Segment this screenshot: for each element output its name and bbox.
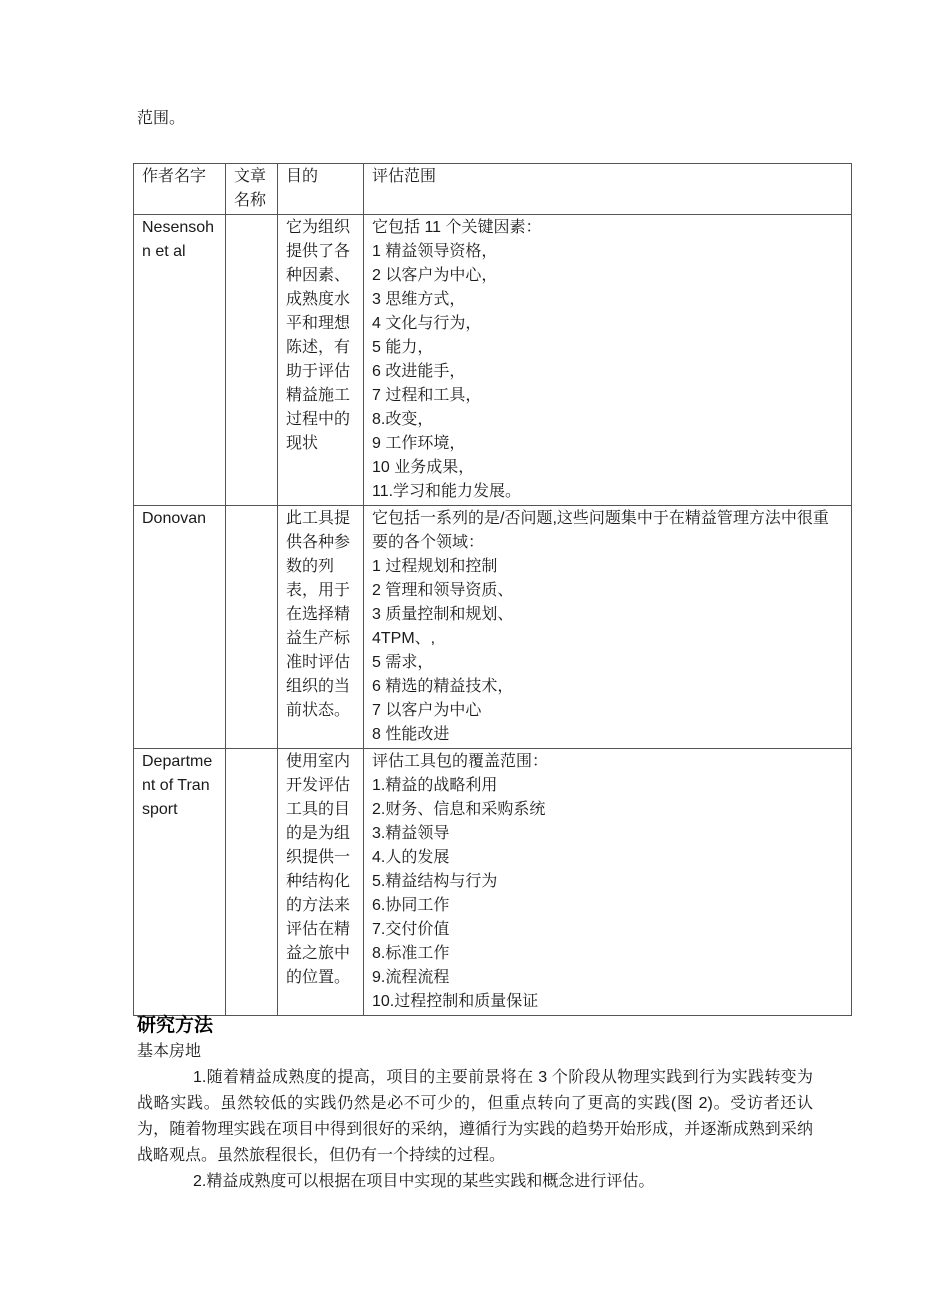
section-heading: 研究方法	[137, 1013, 813, 1039]
header-article-name: 文章名称	[226, 164, 278, 215]
scope-cell: 它包括 11 个关键因素： 1 精益领导资格， 2 以客户为中心， 3 思维方式…	[364, 215, 852, 506]
author-cell: Donovan	[134, 506, 226, 749]
article-name-cell	[226, 506, 278, 749]
purpose-cell: 它为组织提供了各种因素、成熟度水平和理想陈述，有助于评估精益施工过程中的现状	[278, 215, 364, 506]
table-row: Donovan 此工具提供各种参数的列表，用于在选择精益生产标准时评估组织的当前…	[134, 506, 852, 749]
scope-cell: 评估工具包的覆盖范围： 1.精益的战略利用 2.财务、信息和采购系统 3.精益领…	[364, 749, 852, 1016]
body-paragraph: 1.随着精益成熟度的提高，项目的主要前景将在 3 个阶段从物理实践到行为实践转变…	[137, 1065, 813, 1169]
assessment-tools-table: 作者名字 文章名称 目的 评估范围 Nesensohn et al 它为组织提供…	[133, 163, 852, 1016]
table-header-row: 作者名字 文章名称 目的 评估范围	[134, 164, 852, 215]
document-page: 范围。 作者名字 文章名称 目的 评估范围 Nesensohn et al 它为…	[0, 0, 926, 1309]
scope-cell: 它包括一系列的是/否问题,这些问题集中于在精益管理方法中很重要的各个领域： 1 …	[364, 506, 852, 749]
article-name-cell	[226, 749, 278, 1016]
purpose-cell: 使用室内开发评估工具的目的是为组织提供一种结构化的方法来评估在精益之旅中的位置。	[278, 749, 364, 1016]
header-assessment-scope: 评估范围	[364, 164, 852, 215]
purpose-cell: 此工具提供各种参数的列表，用于在选择精益生产标准时评估组织的当前状态。	[278, 506, 364, 749]
header-purpose: 目的	[278, 164, 364, 215]
table-row: Department of Transport 使用室内开发评估工具的目的是为组…	[134, 749, 852, 1016]
header-author-name: 作者名字	[134, 164, 226, 215]
body-paragraph: 2.精益成熟度可以根据在项目中实现的某些实践和概念进行评估。	[137, 1169, 813, 1195]
table-row: Nesensohn et al 它为组织提供了各种因素、成熟度水平和理想陈述，有…	[134, 215, 852, 506]
research-method-section: 研究方法 基本房地 1.随着精益成熟度的提高，项目的主要前景将在 3 个阶段从物…	[137, 1011, 813, 1195]
intro-paragraph: 范围。	[137, 106, 813, 132]
section-subheading: 基本房地	[137, 1039, 813, 1065]
author-cell: Nesensohn et al	[134, 215, 226, 506]
article-name-cell	[226, 215, 278, 506]
author-cell: Department of Transport	[134, 749, 226, 1016]
